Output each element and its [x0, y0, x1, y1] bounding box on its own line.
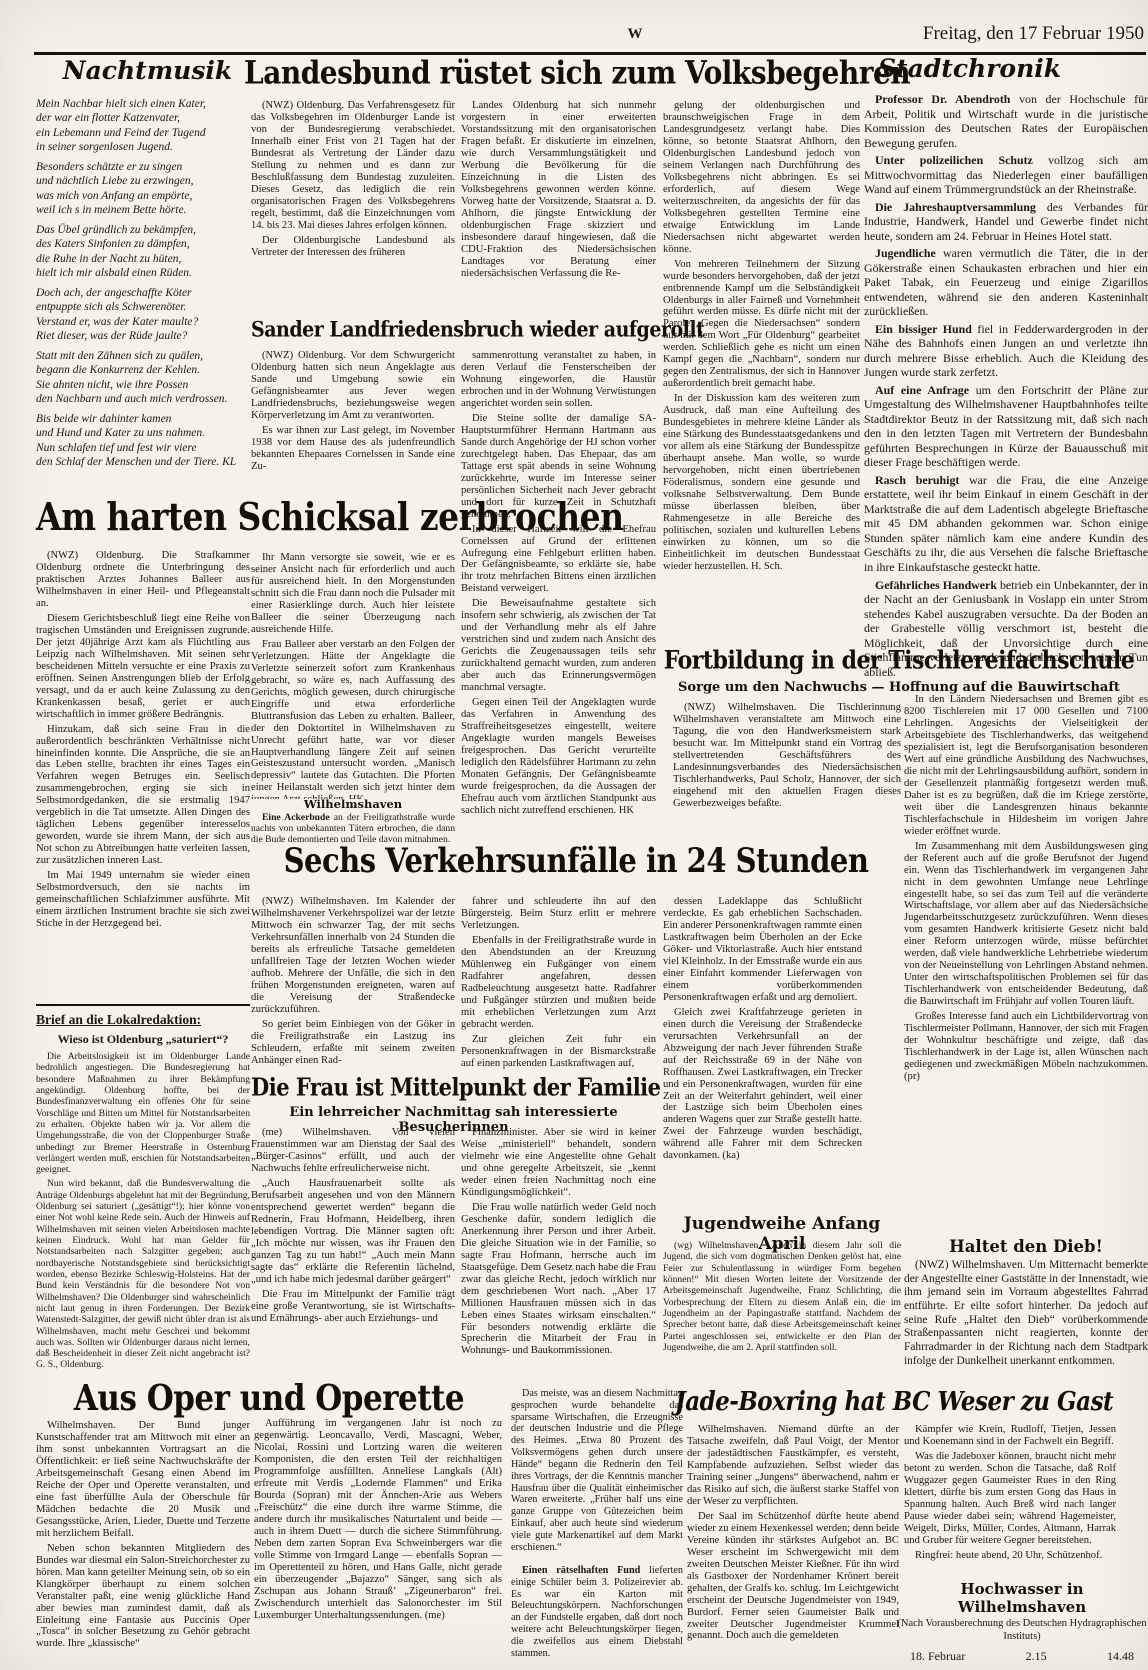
frau-headline: Die Frau ist Mittelpunkt der Familie [251, 1075, 656, 1100]
landesbund-headline: Landesbund rüstet sich zum Volksbegehren [244, 56, 840, 90]
edition-mark: W [595, 26, 675, 43]
page-date: Freitag, den 17 Februar 1950 [860, 23, 1144, 45]
brief-divider-rule [36, 1004, 250, 1006]
schicksal-column-left: (NWZ) Oldenburg. Die Strafkammer Oldenbu… [36, 550, 250, 1002]
fortbildung-column-2: In den Ländern Niedersachsen und Bremen … [904, 694, 1148, 1237]
nachtmusik-title: Nachtmusik [55, 56, 240, 85]
fortbildung-subhead: Sorge um den Nachwuchs — Hoffnung auf di… [650, 680, 1148, 695]
jade-boxring-headline: Jade-Boxring hat BC Weser zu Gast [668, 1388, 1120, 1416]
brief-body: Die Arbeitslosigkeit ist im Oldenburger … [36, 1051, 250, 1374]
landesbund-column-3: gelung der oldenburgischen und braunschw… [663, 100, 860, 646]
jade-boxring-column-2: Kämpfer wie Krein, Rudloff, Tietjen, Jes… [904, 1424, 1116, 1580]
oper-headline: Aus Oper und Operette [36, 1380, 502, 1417]
schicksal-column-2: Ihr Mann versorgte sie soweit, wie er es… [251, 552, 455, 799]
oper-column-1: Wilhelmshaven. Der Bund junger Kunstscha… [36, 1420, 250, 1668]
frau-column-1: (me) Wilhelmshaven. Von vielen Frauensti… [251, 1127, 455, 1396]
hochwasser-note: (Nach Vorausberechnung des Deutschen Hyd… [896, 1618, 1148, 1643]
sander-column-2: sammenrottung veranstaltet zu haben, in … [461, 350, 656, 842]
brief-subtitle: Wieso ist Oldenburg „saturiert“? [36, 1032, 250, 1047]
hochwasser-notice: Hochwasser in Wilhelmshaven (Nach Voraus… [896, 1580, 1148, 1664]
verkehr-headline: Sechs Verkehrsunfälle in 24 Stunden [251, 843, 901, 878]
sander-column-1: (NWZ) Oldenburg. Vor dem Schwurgericht O… [251, 350, 455, 500]
hochwasser-title: Hochwasser in Wilhelmshaven [896, 1580, 1148, 1616]
verkehr-column-3: dessen Ladeklappe das Schlußlicht verdec… [663, 896, 862, 1214]
nachtmusik-poem: Mein Nachbar hielt sich einen Kater, der… [36, 97, 250, 469]
jade-boxring-column-1: Wilhelmshaven. Niemand dürfte an der Tat… [687, 1424, 899, 1669]
fortbildung-headline: Fortbildung in der Tischlereifachschule [650, 648, 1148, 675]
frau-column-2: Finanzminister. Aber sie wird in keiner … [461, 1127, 656, 1396]
oper-column-2: Aufführung im vergangenen Jahr ist noch … [254, 1418, 502, 1669]
fortbildung-column-1: (NWZ) Wilhelmshaven. Die Tischlerinnung … [673, 702, 901, 842]
hochwasser-tide-1: 2.15 [1026, 1649, 1047, 1664]
hochwasser-date: 18. Februar [910, 1649, 965, 1664]
haltet-den-dieb-headline: Haltet den Dieb! [904, 1237, 1148, 1256]
sander-headline: Sander Landfriedensbruch wieder aufgerol… [251, 319, 656, 342]
wilhelmshaven-note-title: Wilhelmshaven [251, 798, 455, 812]
wilhelmshaven-note: Wilhelmshaven Eine Ackerbude an der Frei… [251, 798, 455, 844]
verkehr-column-1: (NWZ) Wilhelmshaven. Im Kalender der Wil… [251, 896, 455, 1081]
hochwasser-tide-2: 14.48 [1107, 1649, 1134, 1664]
brief-title: Brief an die Lokalredaktion: [36, 1012, 250, 1028]
brief-an-die-lokalredaktion: Brief an die Lokalredaktion: Wieso ist O… [36, 1012, 250, 1382]
stadtchronik-items: Professor Dr. Abendroth von der Hochschu… [864, 92, 1148, 708]
haltet-den-dieb-body: (NWZ) Wilhelmshaven. Um Mitternacht beme… [904, 1259, 1148, 1401]
verkehr-column-2: fahrer und schleuderte ihn auf den Bürge… [461, 896, 656, 1078]
schicksal-headline: Am harten Schicksal zerbrochen [36, 498, 585, 538]
jugendweihe-body: (wg) Wilhelmshaven. „Auch in diesem Jahr… [663, 1240, 901, 1400]
stadtchronik-title: Stadtchronik [878, 54, 1023, 83]
frau-column-3: Das meiste, was an diesem Nachmittag ges… [511, 1388, 683, 1565]
landesbund-column-2: Landes Oldenburg hat sich nunmehr vorges… [461, 100, 656, 319]
newspaper-page: W Freitag, den 17 Februar 1950 Nachtmusi… [0, 0, 1148, 1670]
fund-note: Einen rätselhaften Fund lieferten einige… [511, 1565, 683, 1668]
hochwasser-tide-row: 18. Februar 2.15 14.48 [896, 1643, 1148, 1664]
landesbund-column-1: (NWZ) Oldenburg. Das Verfahrensgesetz fü… [251, 100, 455, 319]
